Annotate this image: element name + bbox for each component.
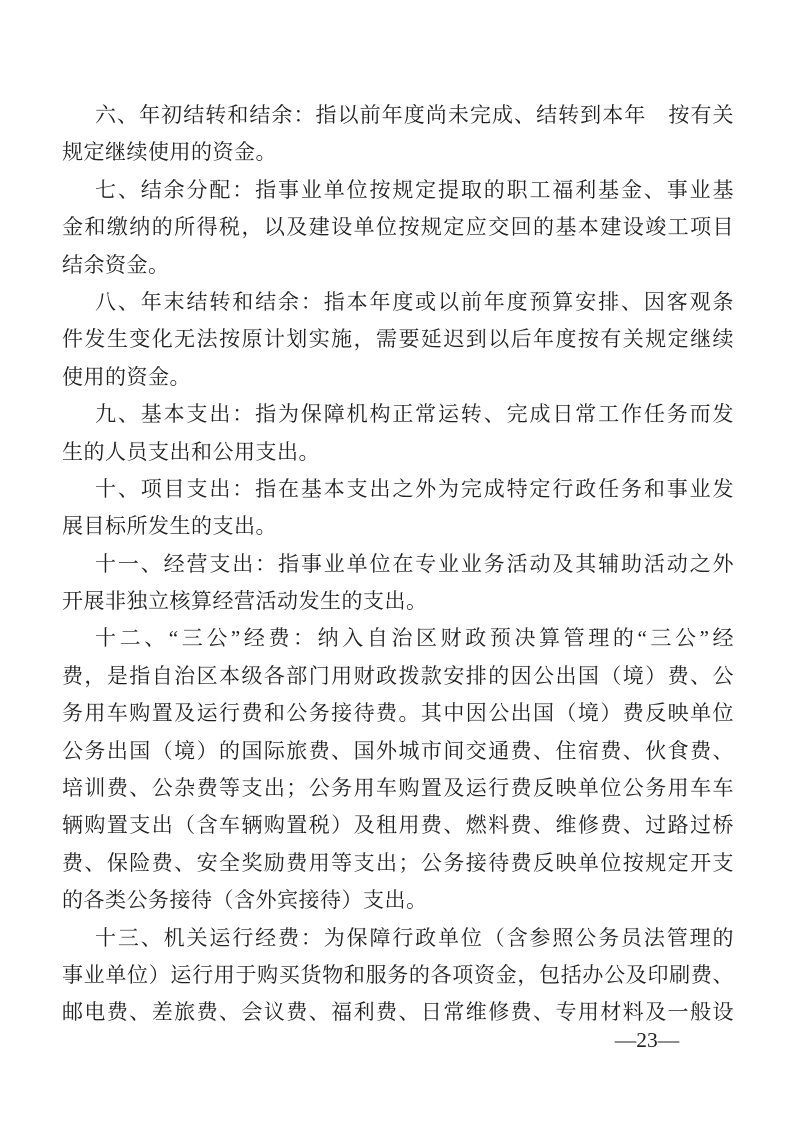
text-line: 开展非独立核算经营活动发生的支出。	[62, 583, 734, 620]
text-line: 十一、经营支出：指事业单位在专业业务活动及其辅助活动之外	[62, 546, 734, 583]
text-line: 辆购置支出（含车辆购置税）及租用费、燃料费、维修费、过路过桥	[62, 807, 734, 844]
paragraph: 十一、经营支出：指事业单位在专业业务活动及其辅助活动之外开展非独立核算经营活动发…	[62, 546, 734, 621]
text-line: 事业单位）运行用于购买货物和服务的各项资金，包括办公及印刷费、	[62, 957, 734, 994]
text-line: 培训费、公杂费等支出；公务用车购置及运行费反映单位公务用车车	[62, 770, 734, 807]
text-line: 费，是指自治区本级各部门用财政拨款安排的因公出国（境）费、公	[62, 658, 734, 695]
text-line: 六、年初结转和结余：指以前年度尚未完成、结转到本年 按有关	[62, 97, 734, 134]
text-line: 十、项目支出：指在基本支出之外为完成特定行政任务和事业发	[62, 471, 734, 508]
text-line: 结余资金。	[62, 247, 734, 284]
paragraph: 十三、机关运行经费：为保障行政单位（含参照公务员法管理的事业单位）运行用于购买货…	[62, 920, 734, 1032]
page-number: —23—	[560, 1026, 734, 1054]
paragraph: 八、年末结转和结余：指本年度或以前年度预算安排、因客观条件发生变化无法按原计划实…	[62, 284, 734, 396]
text-line: 务用车购置及运行费和公务接待费。其中因公出国（境）费反映单位	[62, 695, 734, 732]
text-line: 件发生变化无法按原计划实施，需要延迟到以后年度按有关规定继续	[62, 321, 734, 358]
paragraph: 九、基本支出：指为保障机构正常运转、完成日常工作任务而发生的人员支出和公用支出。	[62, 396, 734, 471]
document-page: 六、年初结转和结余：指以前年度尚未完成、结转到本年 按有关规定继续使用的资金。七…	[0, 0, 793, 1122]
text-line: 公务出国（境）的国际旅费、国外城市间交通费、住宿费、伙食费、	[62, 733, 734, 770]
text-line: 费、保险费、安全奖励费用等支出；公务接待费反映单位按规定开支	[62, 845, 734, 882]
text-line: 八、年末结转和结余：指本年度或以前年度预算安排、因客观条	[62, 284, 734, 321]
text-line: 生的人员支出和公用支出。	[62, 434, 734, 471]
text-line: 金和缴纳的所得税，以及建设单位按规定应交回的基本建设竣工项目	[62, 209, 734, 246]
paragraph: 六、年初结转和结余：指以前年度尚未完成、结转到本年 按有关规定继续使用的资金。	[62, 97, 734, 172]
text-line: 规定继续使用的资金。	[62, 134, 734, 171]
text-line: 十三、机关运行经费：为保障行政单位（含参照公务员法管理的	[62, 920, 734, 957]
paragraph: 七、结余分配：指事业单位按规定提取的职工福利基金、事业基金和缴纳的所得税，以及建…	[62, 172, 734, 284]
text-line: 十二、“三公”经费：纳入自治区财政预决算管理的“三公”经	[62, 620, 734, 657]
paragraph: 十二、“三公”经费：纳入自治区财政预决算管理的“三公”经费，是指自治区本级各部门…	[62, 620, 734, 919]
text-line: 展目标所发生的支出。	[62, 508, 734, 545]
text-line: 的各类公务接待（含外宾接待）支出。	[62, 882, 734, 919]
paragraph: 十、项目支出：指在基本支出之外为完成特定行政任务和事业发展目标所发生的支出。	[62, 471, 734, 546]
text-line: 七、结余分配：指事业单位按规定提取的职工福利基金、事业基	[62, 172, 734, 209]
text-line: 九、基本支出：指为保障机构正常运转、完成日常工作任务而发	[62, 396, 734, 433]
text-line: 使用的资金。	[62, 359, 734, 396]
document-body: 六、年初结转和结余：指以前年度尚未完成、结转到本年 按有关规定继续使用的资金。七…	[62, 97, 734, 1032]
